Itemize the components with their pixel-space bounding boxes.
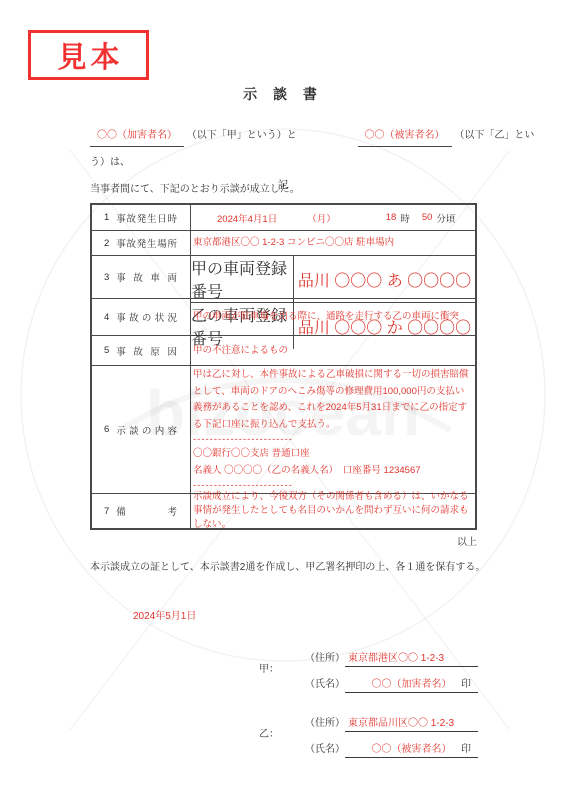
document-date: 2024年5月1日 [133, 607, 196, 622]
sample-stamp: 見本 [28, 30, 149, 80]
bank-account: 〇〇銀行〇〇支店 普通口座 [193, 446, 310, 463]
table-row-vehicles: 3 事 故 車 両 甲の車両登録番号 品川 〇〇〇 あ 〇〇〇〇 乙の車両登録番… [92, 255, 475, 298]
sample-stamp-label: 見本 [53, 35, 123, 76]
row4-number: 4 [104, 312, 109, 323]
party-a-address-line: （住所） 東京都港区〇〇 1-2-3 [305, 641, 478, 667]
row4-label-cell: 4 事 故 の 状 況 [92, 299, 191, 335]
row6-label-cell: 6 示 談 の 内 容 [92, 366, 191, 493]
table-row-accident-situation: 4 事 故 の 状 況 甲の車両が駐車場を出る際に、通路を走行する乙の車両に衝突 [92, 298, 475, 335]
row7-number: 7 [104, 506, 109, 517]
party-b-name-value: 〇〇（被害者名） 印 [345, 741, 478, 758]
vehicle-a-plate: 品川 〇〇〇 あ 〇〇〇〇 [294, 268, 475, 291]
table-row-accident-place: 2 事故発生場所 東京都港区〇〇 1-2-3 コンビニ〇〇店 駐車場内 [92, 230, 475, 255]
account-holder: 名義人 〇〇〇〇（乙の名義人名） 口座番号 1234567 [193, 463, 421, 480]
name-label: （氏名） [305, 675, 345, 693]
row2-number: 2 [104, 238, 109, 249]
page-title: 示 談 書 [0, 84, 566, 104]
row5-label-cell: 5 事 故 原 因 [92, 336, 191, 365]
settlement-table: 1 事故発生日時 2024年4月1日 （月） 18 時 50 分頃 2 事故発生… [90, 203, 477, 530]
address-label: （住所） [305, 649, 345, 667]
party-b-name-text: 〇〇（被害者名） [372, 740, 452, 755]
remarks-value: 示談成立により、今後双方（その関係者も含める）は、いかなる事情が発生したとしても… [191, 494, 475, 528]
party-b-lines: （住所） 東京都品川区〇〇 1-2-3 （氏名） 〇〇（被害者名） 印 [305, 706, 478, 758]
party-a-address-value: 東京都港区〇〇 1-2-3 [345, 650, 478, 667]
party-b-address-line: （住所） 東京都品川区〇〇 1-2-3 [305, 706, 478, 732]
row7-label-cell: 7 備 考 [92, 494, 191, 528]
document-page: bizocean 見本 示 談 書 〇〇（加害者名） （以下「甲」という）と 〇… [0, 0, 566, 800]
row6-label: 示 談 の 内 容 [116, 423, 177, 437]
settlement-terms-value: 甲は乙に対し、本件事故による乙車破損に関する一切の損害賠償として、車両のドアのへ… [191, 366, 475, 493]
row4-label: 事 故 の 状 況 [116, 310, 177, 324]
accident-cause-value: 甲の不注意によるもの [191, 336, 475, 365]
row5-label: 事 故 原 因 [116, 344, 177, 358]
vehicles-subtable: 甲の車両登録番号 品川 〇〇〇 あ 〇〇〇〇 乙の車両登録番号 品川 〇〇〇 か… [191, 256, 475, 298]
party-b-name-field: 〇〇（被害者名） [358, 129, 452, 147]
party-b-address-value: 東京都品川区〇〇 1-2-3 [345, 715, 478, 732]
vehicle-a-label: 甲の車両登録番号 [191, 256, 294, 302]
row1-number: 1 [104, 212, 109, 223]
party-b-name-line: （氏名） 〇〇（被害者名） 印 [305, 732, 478, 758]
accident-minute: 50 [422, 212, 433, 223]
accident-place-value: 東京都港区〇〇 1-2-3 コンビニ〇〇店 駐車場内 [191, 231, 475, 255]
row2-label: 事故発生場所 [116, 236, 177, 250]
row6-number: 6 [104, 424, 109, 435]
party-a-name-text: 〇〇（加害者名） [372, 675, 452, 690]
row5-number: 5 [104, 345, 109, 356]
settlement-paragraph: 甲は乙に対し、本件事故による乙車破損に関する一切の損害賠償として、車両のドアのへ… [193, 367, 469, 433]
intro-after-a: （以下「甲」という）と [187, 130, 297, 141]
signature-block-party-a: 甲： （住所） 東京都港区〇〇 1-2-3 （氏名） 〇〇（加害者名） 印 [259, 641, 478, 693]
row3-label-cell: 3 事 故 車 両 [92, 256, 191, 298]
accident-situation-value: 甲の車両が駐車場を出る際に、通路を走行する乙の車両に衝突 [191, 299, 475, 335]
table-row-accident-cause: 5 事 故 原 因 甲の不注意によるもの [92, 335, 475, 365]
signature-section: 甲： （住所） 東京都港区〇〇 1-2-3 （氏名） 〇〇（加害者名） 印 [259, 641, 478, 771]
row1-label-cell: 1 事故発生日時 [92, 205, 191, 230]
ki-heading: 記 [0, 177, 566, 192]
signature-block-party-b: 乙： （住所） 東京都品川区〇〇 1-2-3 （氏名） 〇〇（被害者名） 印 [259, 706, 478, 758]
party-a-seal-mark: 印 [461, 675, 471, 690]
party-a-name-line: （氏名） 〇〇（加害者名） 印 [305, 667, 478, 693]
row3-label: 事 故 車 両 [116, 270, 177, 284]
party-a-name-field: 〇〇（加害者名） [90, 129, 184, 147]
table-row-remarks: 7 備 考 示談成立により、今後双方（その関係者も含める）は、いかなる事情が発生… [92, 493, 475, 528]
table-row-accident-datetime: 1 事故発生日時 2024年4月1日 （月） 18 時 50 分頃 [92, 205, 475, 230]
party-a-marker: 甲： [259, 660, 305, 675]
name-label: （氏名） [305, 740, 345, 758]
accident-date: 2024年4月1日 [217, 211, 277, 225]
accident-weekday: （月） [307, 211, 336, 225]
party-b-marker: 乙： [259, 725, 305, 740]
closing-sentence: 本示談成立の証として、本示談書2通を作成し、甲乙署名押印の上、各１通を保有する。 [90, 558, 520, 573]
party-a-name-value: 〇〇（加害者名） 印 [345, 676, 478, 693]
row7-label: 備 考 [116, 504, 177, 518]
accident-hour: 18 [386, 212, 397, 223]
party-a-lines: （住所） 東京都港区〇〇 1-2-3 （氏名） 〇〇（加害者名） 印 [305, 641, 478, 693]
vehicle-a-row: 甲の車両登録番号 品川 〇〇〇 あ 〇〇〇〇 [191, 256, 475, 303]
address-label: （住所） [305, 714, 345, 732]
row2-label-cell: 2 事故発生場所 [92, 231, 191, 255]
hour-suffix: 時 [400, 211, 410, 225]
divider-dashes-top: ------------------------ [193, 433, 293, 446]
ijou-closing-marker: 以上 [90, 533, 477, 548]
minute-suffix: 分頃 [436, 211, 455, 225]
party-b-seal-mark: 印 [461, 740, 471, 755]
row1-label: 事故発生日時 [116, 211, 177, 225]
row1-value-cell: 2024年4月1日 （月） 18 時 50 分頃 [191, 205, 475, 230]
table-row-settlement-terms: 6 示 談 の 内 容 甲は乙に対し、本件事故による乙車破損に関する一切の損害賠… [92, 365, 475, 493]
row3-number: 3 [104, 272, 109, 283]
